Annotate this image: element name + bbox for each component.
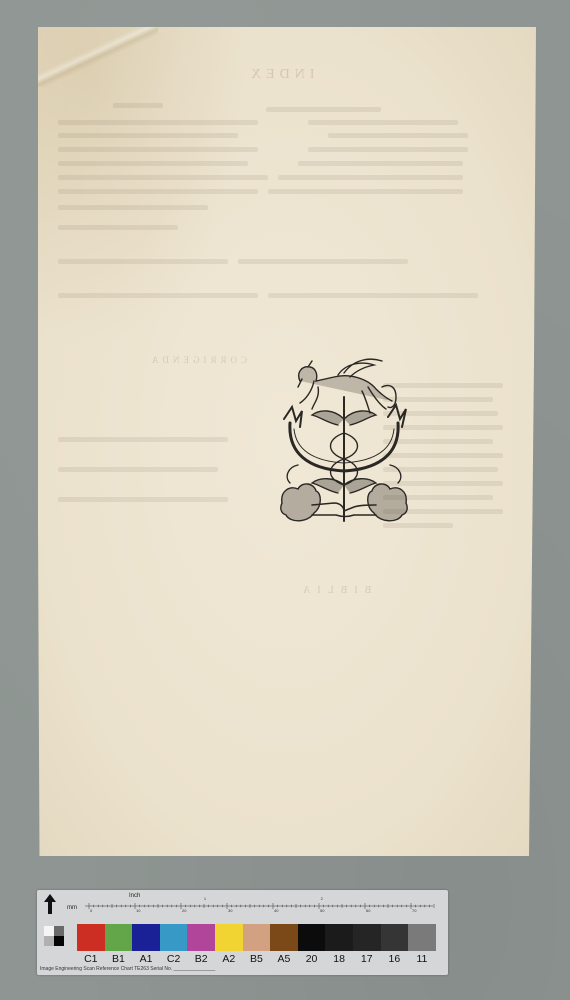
mm-label: mm <box>67 905 77 911</box>
up-arrow-icon <box>43 894 57 914</box>
showthrough-header: INDEX <box>246 67 315 83</box>
swatch-b2 <box>187 924 215 951</box>
svg-text:10: 10 <box>136 908 141 912</box>
swatch-20 <box>298 924 326 951</box>
swatch-a2 <box>215 924 243 951</box>
showthrough-mid-header: CORRIGENDA <box>148 355 247 365</box>
ruler-scale: 010203040506070123 <box>85 896 435 912</box>
scan-reference-chart: mm Inch 010203040506070123 C1B1A1C2B2A2B… <box>37 890 448 975</box>
svg-text:0: 0 <box>90 908 93 912</box>
swatch-label: B1 <box>105 953 133 965</box>
swatch-label: A1 <box>132 953 160 965</box>
swatch-label: B2 <box>187 953 215 965</box>
swatch-b1 <box>105 924 133 951</box>
swatch-b5 <box>243 924 271 951</box>
swatch-label: 11 <box>408 953 436 965</box>
swatch-label: B5 <box>243 953 271 965</box>
swatch-11 <box>408 924 436 951</box>
swatch-labels: C1B1A1C2B2A2B5A52018171611 <box>77 953 436 965</box>
showthrough-lower-header: BIBLIA <box>296 585 371 596</box>
svg-text:40: 40 <box>274 908 279 912</box>
svg-text:2: 2 <box>321 896 324 901</box>
swatch-label: C1 <box>77 953 105 965</box>
swatch-label: A5 <box>270 953 298 965</box>
swatch-label: 18 <box>325 953 353 965</box>
swatch-label: 20 <box>298 953 326 965</box>
swatch-label: A2 <box>215 953 243 965</box>
swatch-label: 16 <box>381 953 409 965</box>
paper-crease <box>38 27 158 87</box>
swatch-18 <box>325 924 353 951</box>
svg-text:50: 50 <box>320 908 325 912</box>
color-swatches <box>77 924 436 951</box>
svg-text:30: 30 <box>228 908 233 912</box>
swatch-c1 <box>77 924 105 951</box>
swatch-a1 <box>132 924 160 951</box>
swatch-a5 <box>270 924 298 951</box>
document-page: INDEX CORRIGENDA <box>38 27 536 856</box>
svg-text:70: 70 <box>412 908 417 912</box>
gray-patch <box>44 926 64 946</box>
svg-text:1: 1 <box>204 896 207 901</box>
swatch-17 <box>353 924 381 951</box>
printers-device-ornament <box>278 357 410 533</box>
svg-text:20: 20 <box>182 908 187 912</box>
swatch-label: C2 <box>160 953 188 965</box>
svg-text:60: 60 <box>366 908 371 912</box>
chart-footer: Image Engineering Scan Reference Chart T… <box>40 966 215 972</box>
swatch-16 <box>381 924 409 951</box>
swatch-c2 <box>160 924 188 951</box>
swatch-label: 17 <box>353 953 381 965</box>
